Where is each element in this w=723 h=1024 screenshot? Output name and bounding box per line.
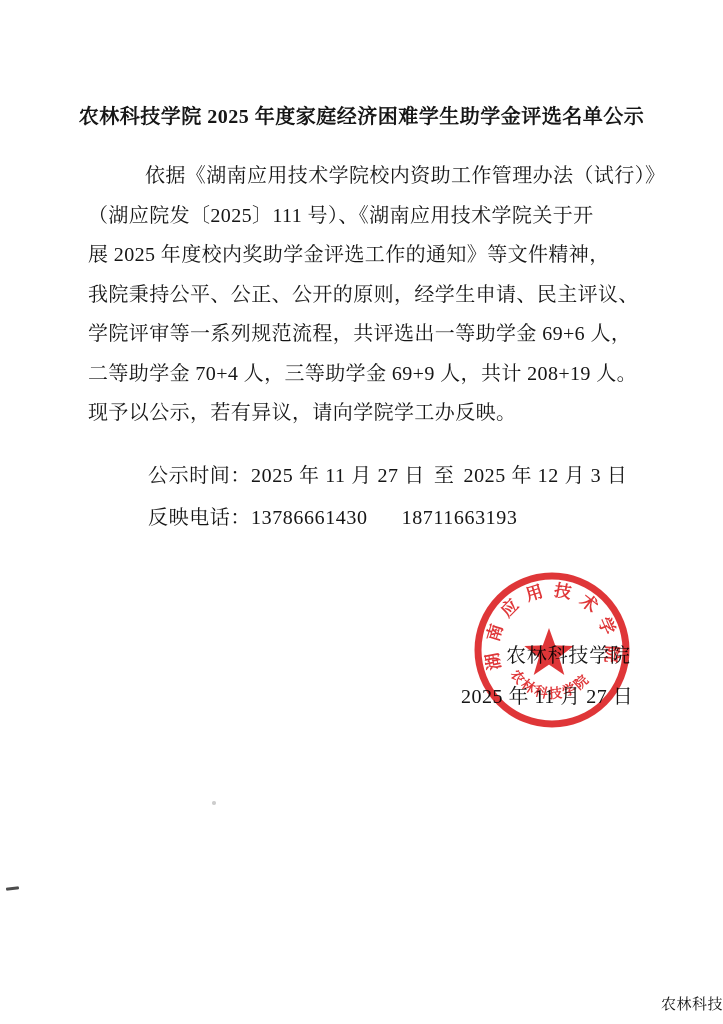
publicity-start-date: 2025 年 11 月 27 日 — [251, 465, 425, 487]
body-line: 二等助学金 70+4 人，三等助学金 69+9 人，共计 208+19 人。 — [88, 355, 648, 395]
contact-phone-2: 18711663193 — [402, 507, 518, 529]
body-line: （湖应院发〔2025〕111 号）、《湖南应用技术学院关于开 — [88, 197, 648, 237]
official-seal-stamp: 湖南应用技术学院 农林科技学院 — [467, 565, 637, 735]
notice-title: 农林科技学院 2025 年度家庭经济困难学生助学金评选名单公示 — [0, 100, 723, 129]
seal-star-icon — [524, 628, 573, 675]
contact-phone-line: 反映电话：1378666143018711663193 — [148, 501, 517, 530]
publicity-period-line: 公示时间：2025 年 11 月 27 日至2025 年 12 月 3 日 — [148, 459, 627, 488]
publicity-period-label: 公示时间： — [148, 465, 251, 487]
body-line: 依据《湖南应用技术学院校内资助工作管理办法（试行）》 — [88, 157, 648, 197]
document-page: 农林科技学院 2025 年度家庭经济困难学生助学金评选名单公示 依据《湖南应用技… — [0, 0, 723, 1024]
contact-phone-1: 13786661430 — [251, 507, 368, 529]
contact-phone-label: 反映电话： — [148, 507, 251, 529]
body-line: 我院秉持公平、公正、公开的原则，经学生申请、民主评议、 — [88, 276, 648, 316]
notice-body: 依据《湖南应用技术学院校内资助工作管理办法（试行）》 （湖应院发〔2025〕11… — [88, 157, 648, 434]
speck-artifact — [212, 801, 216, 805]
seal-banner-text: 农林科技学院 — [508, 666, 592, 701]
publicity-end-date: 2025 年 12 月 3 日 — [463, 465, 627, 487]
body-line: 现予以公示，若有异议，请向学院学工办反映。 — [88, 394, 648, 434]
body-line: 展 2025 年度校内奖助学金评选工作的通知》等文件精神， — [88, 236, 648, 276]
pen-scratch-artifact — [6, 886, 19, 891]
footer-watermark: 农林科技 — [661, 993, 723, 1014]
publicity-separator: 至 — [434, 465, 455, 487]
body-line: 学院评审等一系列规范流程，共评选出一等助学金 69+6 人， — [88, 315, 648, 355]
